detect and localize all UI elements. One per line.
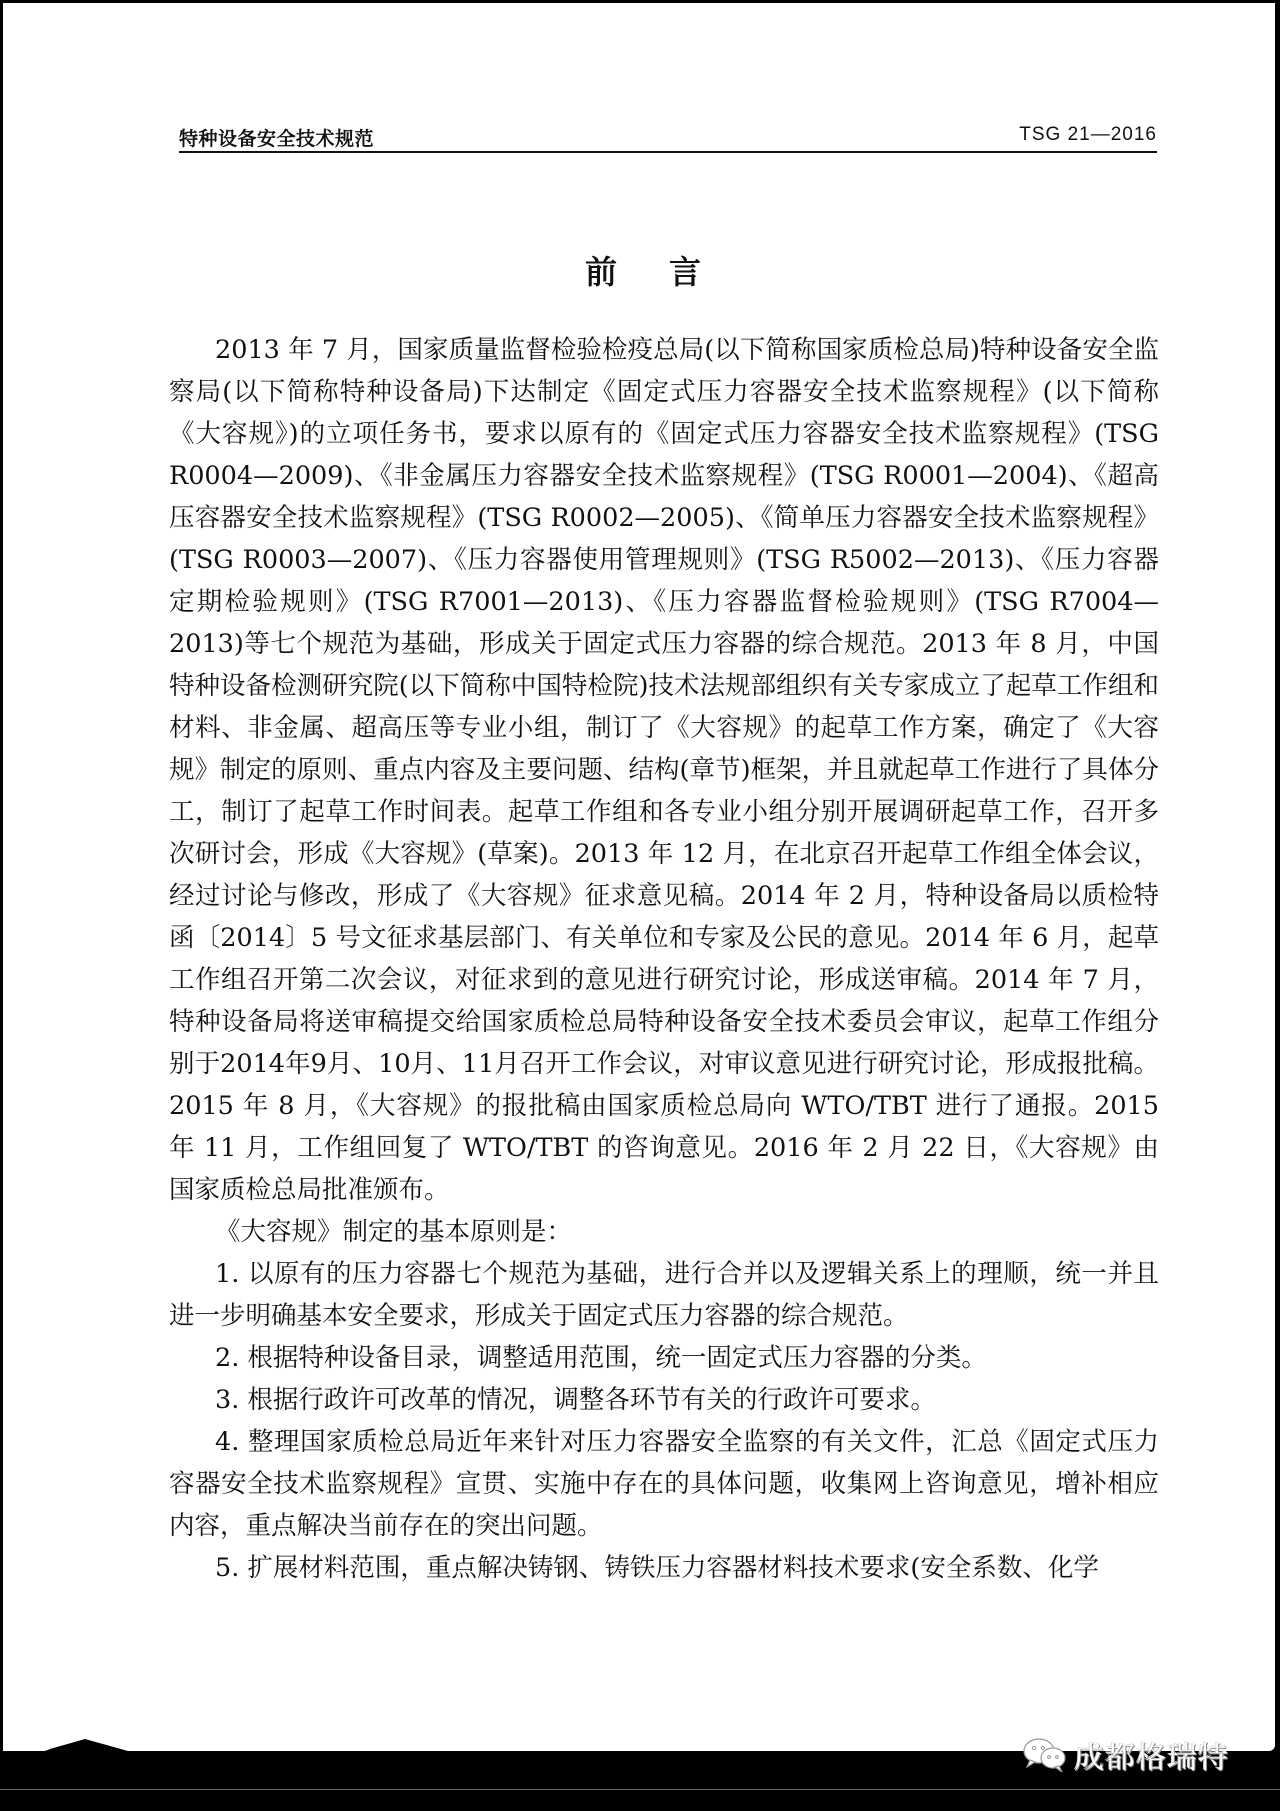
series-title: 特种设备安全技术规范 [179,124,374,151]
principle-item-4: 4. 整理国家质检总局近年来针对压力容器安全监察的有关文件，汇总《固定式压力容器… [169,1421,1159,1547]
body-text: 2013 年 7 月，国家质量监督检验检疫总局(以下简称国家质检总局)特种设备安… [169,329,1159,1589]
principle-item-2: 2. 根据特种设备目录，调整适用范围，统一固定式压力容器的分类。 [169,1337,1159,1379]
watermark: 成都格瑞特 [1022,1733,1229,1777]
paragraph-principles-intro: 《大容规》制定的基本原则是： [169,1211,1159,1253]
page-title: 前言 [3,247,1280,293]
principle-item-3: 3. 根据行政许可改革的情况，调整各环节有关的行政许可要求。 [169,1379,1159,1421]
principle-item-1: 1. 以原有的压力容器七个规范为基础，进行合并以及逻辑关系上的理顺，统一并且进一… [169,1253,1159,1337]
scan-rule [0,1789,1280,1790]
wechat-icon [1022,1737,1068,1773]
running-header: 特种设备安全技术规范 TSG 21—2016 [179,121,1157,153]
document-page: 特种设备安全技术规范 TSG 21—2016 前言 2013 年 7 月，国家质… [3,3,1275,1751]
document-code: TSG 21—2016 [1019,124,1157,146]
principle-item-5: 5. 扩展材料范围，重点解决铸钢、铸铁压力容器材料技术要求(安全系数、化学 [169,1547,1159,1589]
watermark-label: 成都格瑞特 [1074,1733,1229,1777]
paragraph-history: 2013 年 7 月，国家质量监督检验检疫总局(以下简称国家质检总局)特种设备安… [169,329,1159,1211]
